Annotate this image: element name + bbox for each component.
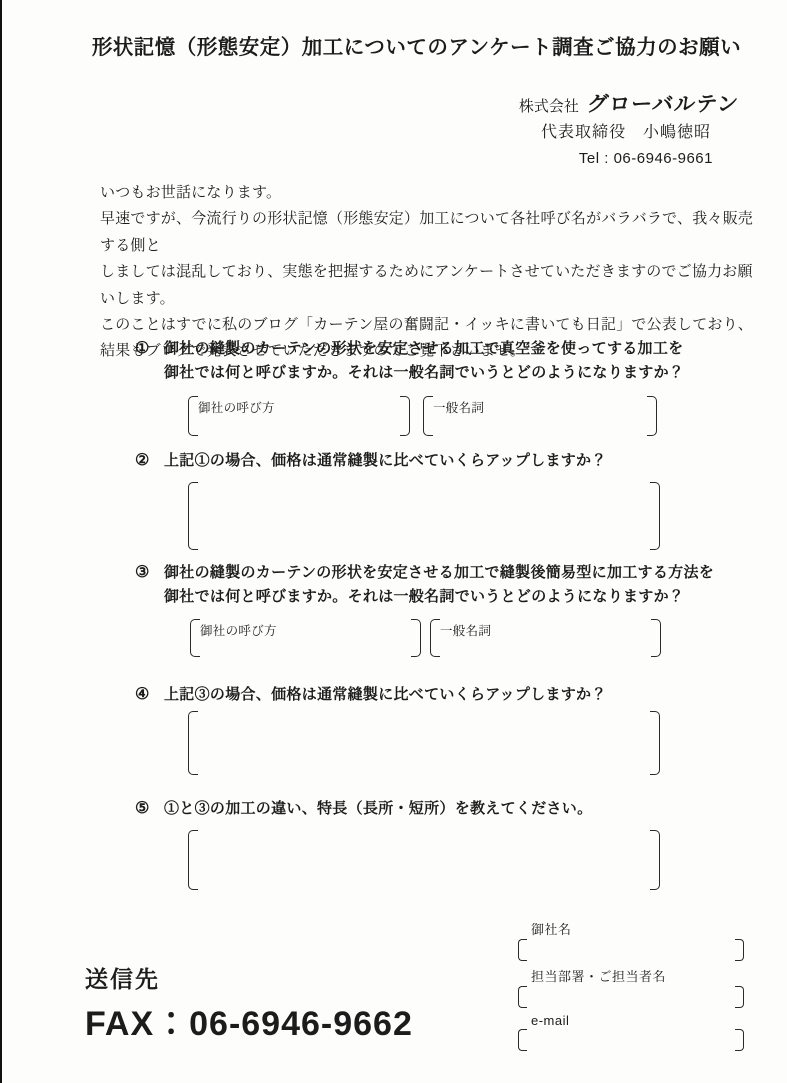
question-5: ⑤ ①と③の加工の違い、特長（長所・短所）を教えてください。 <box>135 797 592 821</box>
question-4-number: ④ <box>135 683 164 707</box>
field-input-bracket <box>518 1029 744 1051</box>
company-block: 株式会社 グローバルテン 代表取締役 小嶋徳昭 Tel : 06-6946-96… <box>519 92 739 169</box>
field-company-name: 御社名 <box>518 919 744 961</box>
answer-box-label: 一般名詞 <box>430 619 661 639</box>
question-2-text: 上記①の場合、価格は通常縫製に比べていくらアップしますか？ <box>164 449 607 473</box>
answer-box-q4 <box>188 711 660 775</box>
document-title: 形状記憶（形態安定）加工についてのアンケート調査ご協力のお願い <box>0 30 787 60</box>
field-input-bracket <box>518 939 744 961</box>
answer-box-q3-general-term: 一般名詞 <box>430 619 661 657</box>
contact-fields: 御社名 担当部署・ご担当者名 e-mail <box>518 919 744 1056</box>
question-2: ② 上記①の場合、価格は通常縫製に比べていくらアップしますか？ <box>135 449 607 473</box>
field-label: 御社名 <box>531 919 744 938</box>
answer-box-q3-company-term: 御社の呼び方 <box>190 619 421 657</box>
answer-box-label: 一般名詞 <box>423 396 657 416</box>
question-3-text: 御社の縫製のカーテンの形状を安定させる加工で縫製後簡易型に加工する方法を 御社で… <box>164 561 714 609</box>
field-label: 担当部署・ご担当者名 <box>531 966 744 985</box>
question-4: ④ 上記③の場合、価格は通常縫製に比べていくらアップしますか？ <box>135 683 607 707</box>
fax-number: FAX：06-6946-9662 <box>85 996 413 1045</box>
intro-line: いつもお世話になります。 <box>100 180 760 206</box>
fax-destination-label: 送信先 <box>85 961 413 994</box>
intro-line: しましては混乱しており、実態を把握するためにアンケートさせていただきますのでご協… <box>100 259 760 312</box>
intro-line: 早速ですが、今流行りの形状記憶（形態安定）加工について各社呼び名がバラバラで、我… <box>100 206 760 259</box>
field-label: e-mail <box>531 1013 744 1028</box>
question-5-number: ⑤ <box>135 797 164 821</box>
company-prefix: 株式会社 <box>519 98 579 115</box>
question-1-number: ① <box>135 337 164 361</box>
question-1-text: 御社の縫製のカーテンの形状を安定させる加工で真空釜を使ってする加工を 御社では何… <box>164 337 684 385</box>
answer-box-q1-general-term: 一般名詞 <box>423 396 657 436</box>
question-3-number: ③ <box>135 561 164 585</box>
intro-line: このことはすでに私のブログ「カーテン屋の奮闘記・イッキに書いても日記」で公表して… <box>100 312 760 338</box>
fax-questionnaire-page: 形状記憶（形態安定）加工についてのアンケート調査ご協力のお願い 株式会社 グロー… <box>0 0 787 1083</box>
company-name: 株式会社 グローバルテン <box>519 92 739 118</box>
fax-destination-block: 送信先 FAX：06-6946-9662 <box>85 961 413 1045</box>
question-3-line: 御社の縫製のカーテンの形状を安定させる加工で縫製後簡易型に加工する方法を <box>164 561 714 585</box>
company-representative: 代表取締役 小嶋徳昭 <box>519 123 739 143</box>
question-3-line: 御社では何と呼びますか。それは一般名詞でいうとどのようになりますか？ <box>164 585 714 609</box>
question-3: ③ 御社の縫製のカーテンの形状を安定させる加工で縫製後簡易型に加工する方法を 御… <box>135 561 714 609</box>
question-1-line: 御社では何と呼びますか。それは一般名詞でいうとどのようになりますか？ <box>164 361 684 385</box>
question-1: ① 御社の縫製のカーテンの形状を安定させる加工で真空釜を使ってする加工を 御社で… <box>135 337 684 385</box>
field-input-bracket <box>518 986 744 1008</box>
question-4-text: 上記③の場合、価格は通常縫製に比べていくらアップしますか？ <box>164 683 607 707</box>
answer-box-q5 <box>188 830 660 890</box>
scan-artifact-line <box>0 0 2 1083</box>
question-2-number: ② <box>135 449 164 473</box>
field-department-contact: 担当部署・ご担当者名 <box>518 966 744 1008</box>
question-1-line: 御社の縫製のカーテンの形状を安定させる加工で真空釜を使ってする加工を <box>164 337 684 361</box>
company-logo: グローバルテン <box>586 92 741 118</box>
answer-box-label: 御社の呼び方 <box>190 619 421 639</box>
company-tel: Tel : 06-6946-9661 <box>519 150 739 169</box>
question-5-text: ①と③の加工の違い、特長（長所・短所）を教えてください。 <box>164 797 592 821</box>
answer-box-q1-company-term: 御社の呼び方 <box>188 396 410 436</box>
answer-box-q2 <box>188 482 660 550</box>
field-email: e-mail <box>518 1013 744 1051</box>
answer-box-label: 御社の呼び方 <box>188 396 410 416</box>
